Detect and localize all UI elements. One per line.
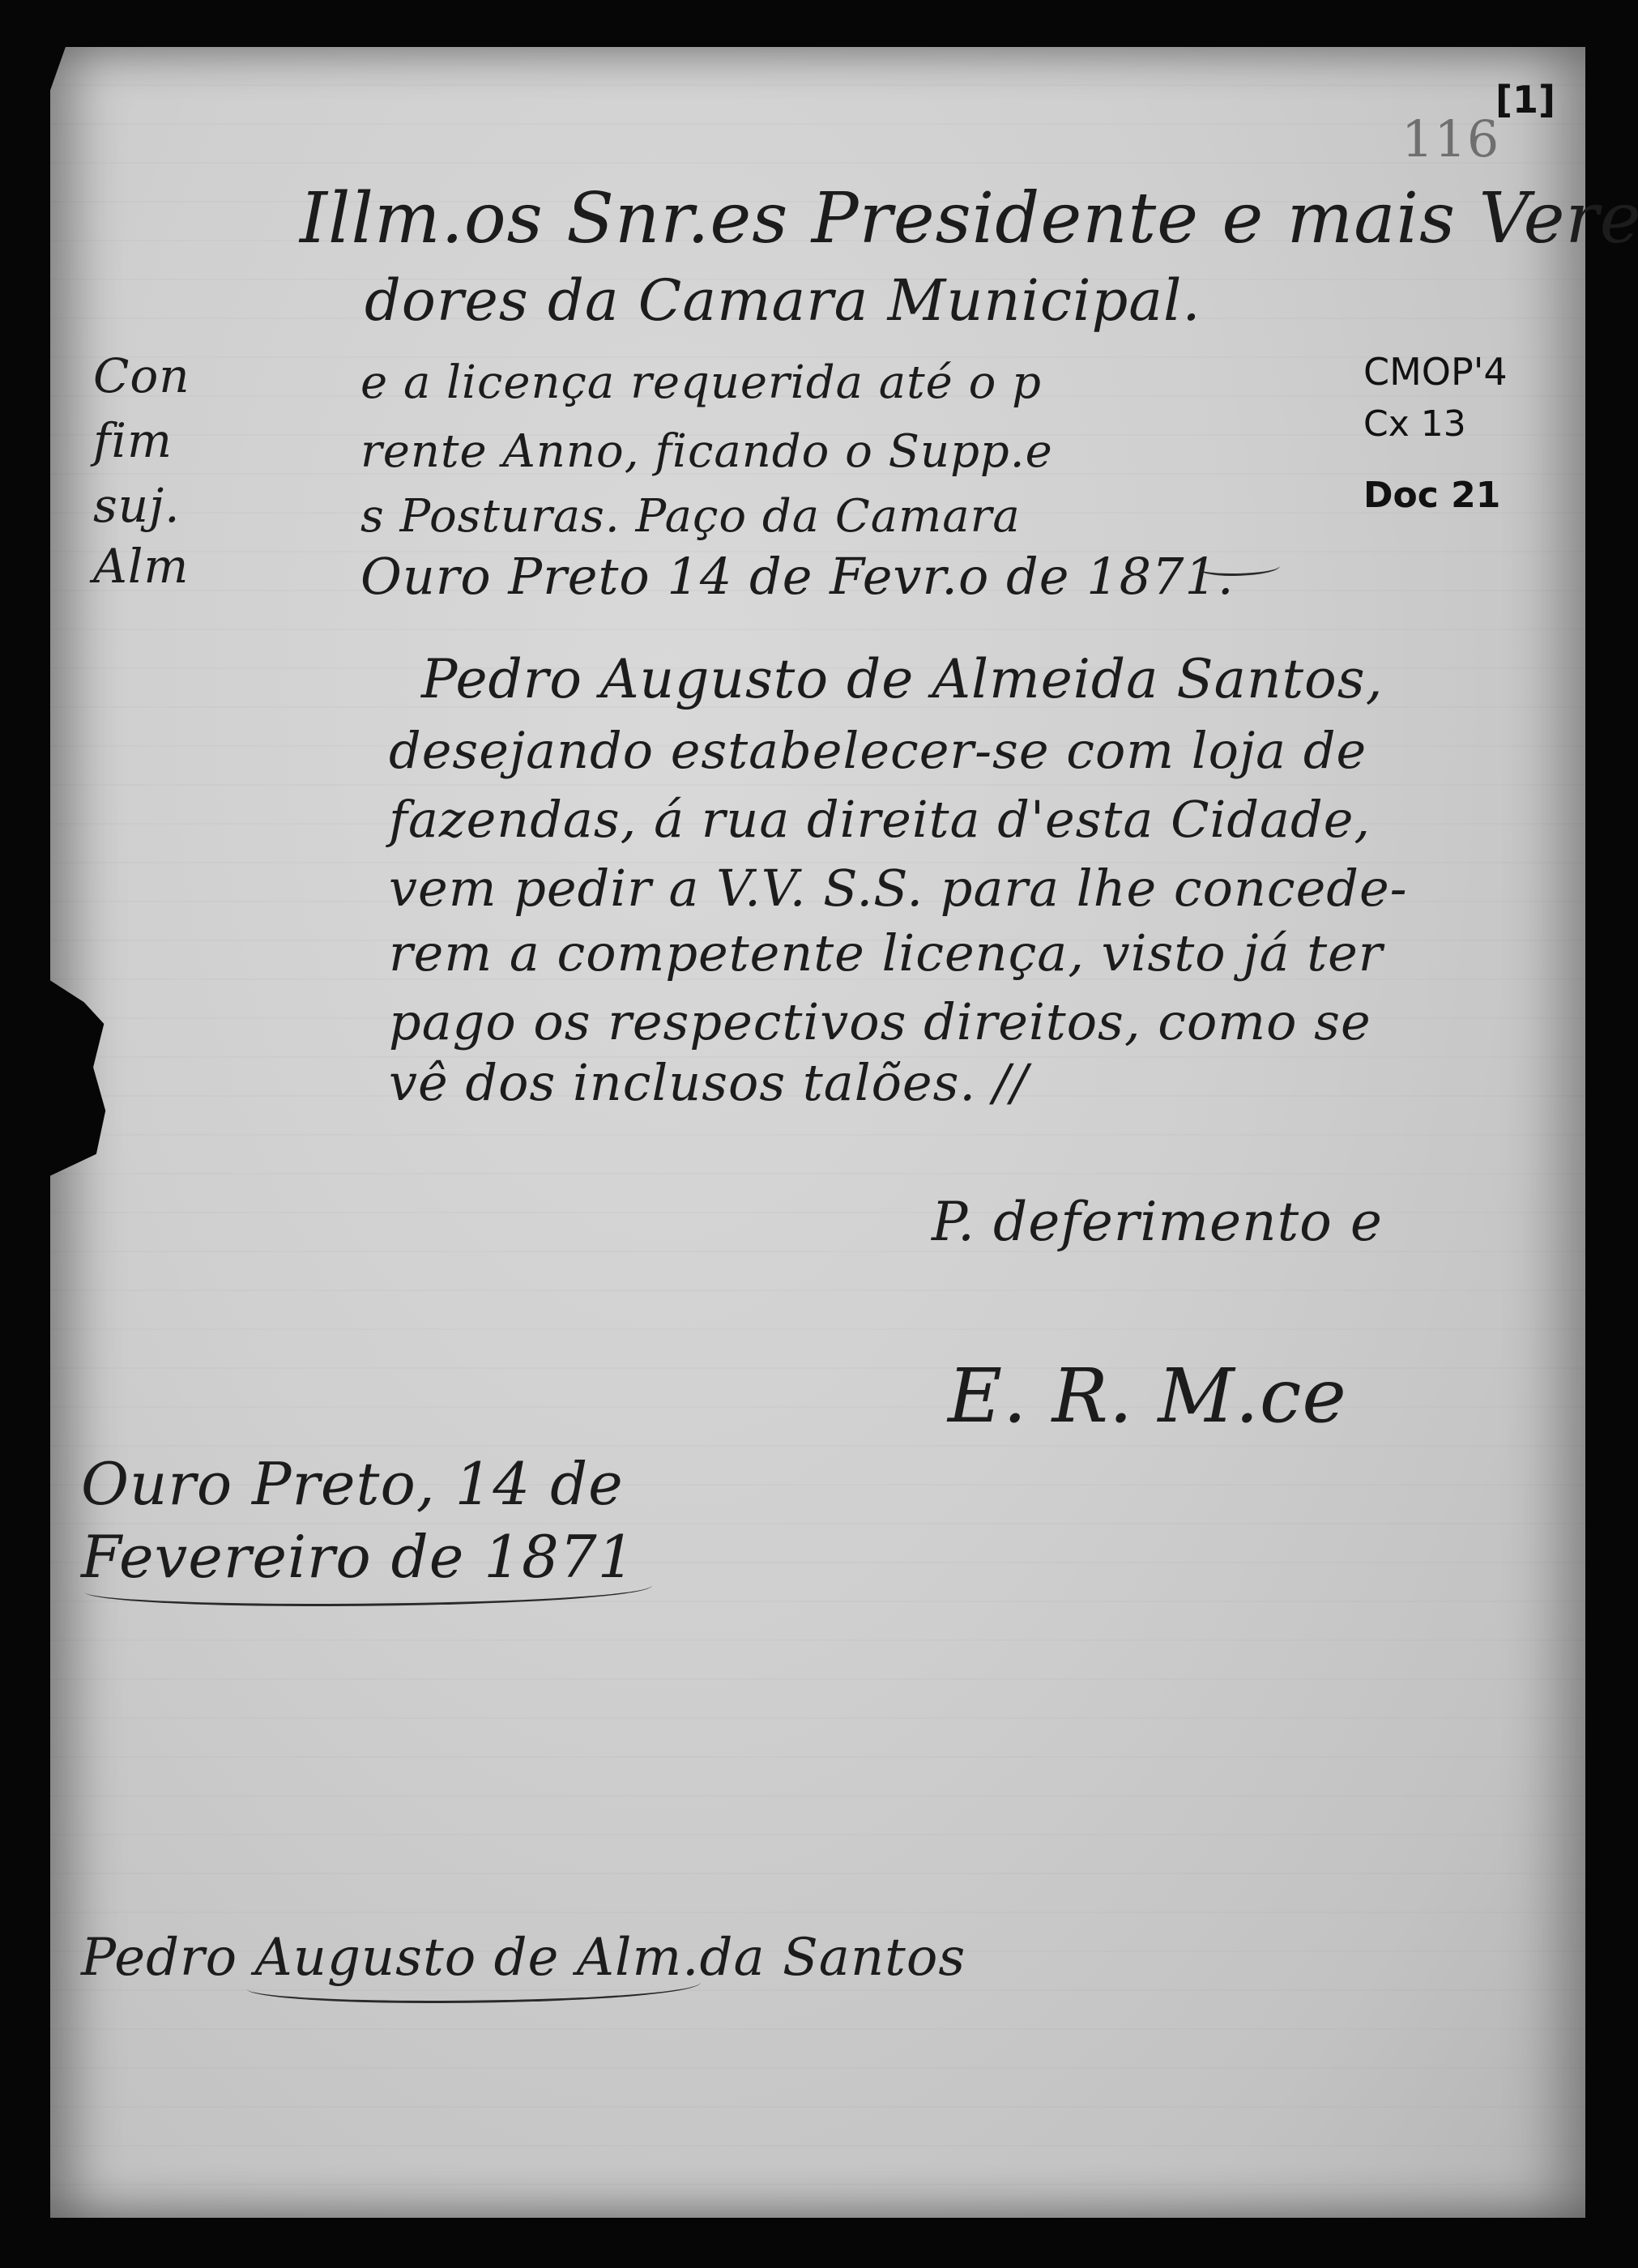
margin-note-line-1: Con	[93, 348, 190, 403]
despacho-line-1: e a licença requerida até o p	[360, 356, 1042, 409]
despacho-line-3: s Posturas. Paço da Camara	[360, 490, 1021, 543]
petition-line-4: vem pedir a V.V. S.S. para lhe concede-	[389, 859, 1408, 918]
petition-line-7: vê dos inclusos talões. //	[389, 1053, 1029, 1112]
closing-formula: E. R. M.ce	[948, 1353, 1347, 1439]
petition-line-2: desejando estabelecer-se com loja de	[389, 721, 1367, 780]
heading-line-2: dores da Camara Municipal.	[365, 267, 1201, 334]
margin-note-line-4: Alm	[93, 539, 189, 594]
date-line-1: Ouro Preto, 14 de	[81, 1450, 624, 1518]
archive-box-number: Cx 13	[1363, 403, 1466, 445]
petition-line-3: fazendas, á rua direita d'esta Cidade,	[389, 790, 1371, 849]
petition-line-5: rem a competente licença, visto já ter	[389, 923, 1383, 983]
heading-line-1: Illm.os Snr.es Presidente e mais Verea-	[300, 178, 1638, 259]
closing-request: P. deferimento e	[932, 1191, 1383, 1253]
pencil-folio-number: 116	[1401, 109, 1499, 168]
margin-note-line-2: fim	[93, 413, 173, 468]
despacho-line-2: rente Anno, ficando o Supp.e	[360, 425, 1053, 478]
despacho-line-4: Ouro Preto 14 de Fevr.o de 1871.	[360, 547, 1235, 606]
archive-doc-number: Doc 21	[1363, 475, 1500, 516]
margin-note-line-3: suj.	[93, 478, 181, 533]
petition-line-6: pago os respectivos direitos, como se	[389, 992, 1371, 1051]
page-number-bracket: [1]	[1495, 78, 1555, 122]
archive-collection-code: CMOP'4	[1363, 350, 1508, 394]
petition-line-1: Pedro Augusto de Almeida Santos,	[421, 648, 1384, 710]
